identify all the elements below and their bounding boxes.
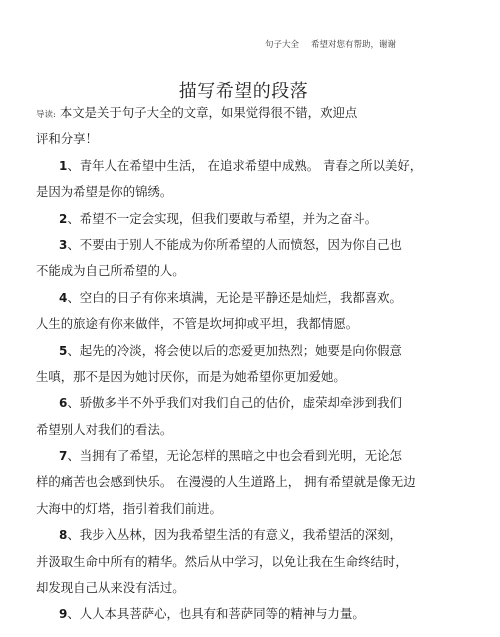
intro-label: 导读: bbox=[36, 110, 56, 120]
list-item-1: 1、青年人在希望中生活， 在追求希望中成熟。 青春之所以美好， bbox=[36, 153, 456, 179]
intro-text: 本文是关于句子大全的文章，如果觉得很不错，欢迎点 bbox=[60, 105, 357, 120]
list-item-8-cont: 并汲取生命中所有的精华。然后从中学习，以免让我在生命终结时， bbox=[36, 549, 456, 575]
list-item-3: 3、不要由于别人不能成为你所希望的人而愤怒，因为你自己也 bbox=[36, 232, 456, 258]
list-item-8-cont: 却发现自己从来没有活过。 bbox=[36, 575, 456, 601]
list-item-4-cont: 人生的旅途有你来做伴，不管是坎坷抑或平坦，我都情愿。 bbox=[36, 311, 456, 337]
header-site-name: 句子大全 bbox=[265, 40, 299, 50]
list-item-9: 9、人人本具菩萨心，也具有和菩萨同等的精神与力量。 bbox=[36, 601, 456, 627]
list-item-7-cont: 样的痛苦也会感到快乐。 在漫漫的人生道路上， 拥有希望就是像无边 bbox=[36, 469, 456, 495]
list-item-5-cont: 生嗔，那不是因为她讨厌你，而是为她希望你更加爱她。 bbox=[36, 364, 456, 390]
intro-line-2: 评和分享！ bbox=[36, 126, 456, 152]
list-item-6: 6、骄傲多半不外乎我们对我们自己的估价，虚荣却牵涉到我们 bbox=[36, 390, 456, 416]
list-item-3-cont: 不能成为自己所希望的人。 bbox=[36, 258, 456, 284]
list-item-7: 7、当拥有了希望，无论怎样的黑暗之中也会看到光明，无论怎 bbox=[36, 443, 456, 469]
list-item-7-cont: 大海中的灯塔，指引着我们前进。 bbox=[36, 496, 456, 522]
page-header: 句子大全希望对您有帮助，谢谢 bbox=[265, 38, 396, 50]
list-item-5: 5、起先的冷淡，将会使以后的恋爱更加热烈；她要是向你假意 bbox=[36, 338, 456, 364]
list-item-6-cont: 希望别人对我们的看法。 bbox=[36, 417, 456, 443]
intro-line-1: 导读:本文是关于句子大全的文章，如果觉得很不错，欢迎点 bbox=[36, 100, 456, 126]
list-item-8: 8、我步入丛林，因为我希望生活的有意义，我希望活的深刻， bbox=[36, 522, 456, 548]
list-item-4: 4、空白的日子有你来填满，无论是平静还是灿烂，我都喜欢。 bbox=[36, 285, 456, 311]
document-body: 导读:本文是关于句子大全的文章，如果觉得很不错，欢迎点 评和分享！ 1、青年人在… bbox=[36, 100, 456, 628]
list-item-1-cont: 是因为希望是你的锦绣。 bbox=[36, 179, 456, 205]
list-item-2: 2、希望不一定会实现，但我们要敢与希望，并为之奋斗。 bbox=[36, 206, 456, 232]
header-message: 希望对您有帮助，谢谢 bbox=[311, 40, 396, 50]
